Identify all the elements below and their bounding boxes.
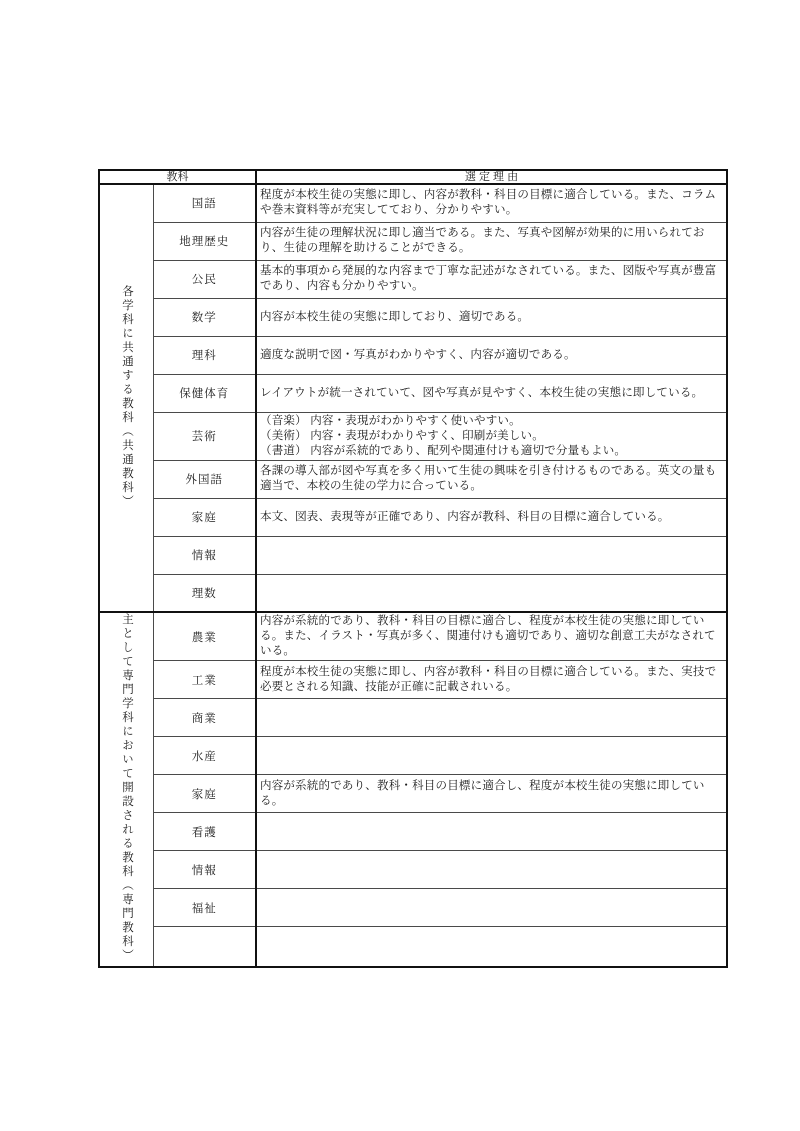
table-row: 家庭 内容が系統的であり、教科・科目の目標に適合し、程度が本校生徒の実態に即して… — [99, 775, 727, 813]
header-reason-cell: 選 定 理 由 — [256, 170, 727, 184]
subject-cell: 保健体育 — [153, 374, 256, 412]
document-page: 教科 選 定 理 由 各学科に共通する教科（共通教科） 国語 程度が本校生徒の実… — [0, 0, 800, 1131]
subject-cell: 福祉 — [153, 889, 256, 927]
reason-cell: 程度が本校生徒の実態に即し、内容が教科・科目の目標に適合している。また、コラムや… — [256, 184, 727, 222]
table-row: 情報 — [99, 851, 727, 889]
group-label-vertical: 各学科に共通する教科（共通教科） — [121, 285, 133, 509]
subject-cell: 芸術 — [153, 412, 256, 460]
table-header-row: 教科 選 定 理 由 — [99, 170, 727, 184]
reason-cell: 各課の導入部が図や写真を多く用いて生徒の興味を引き付けるものである。英文の量も適… — [256, 460, 727, 498]
table-row: 数学 内容が本校生徒の実態に即しており、適切である。 — [99, 298, 727, 336]
subject-cell: 公民 — [153, 260, 256, 298]
reason-cell: 内容が系統的であり、教科・科目の目標に適合し、程度が本校生徒の実態に即している。… — [256, 612, 727, 661]
reason-cell: 内容が本校生徒の実態に即しており、適切である。 — [256, 298, 727, 336]
subject-cell: 家庭 — [153, 498, 256, 536]
group-cell-specialized-subjects: 主として専門学科において開設される教科（専門教科） — [99, 612, 153, 967]
reason-cell: 本文、図表、表現等が正確であり、内容が教科、科目の目標に適合している。 — [256, 498, 727, 536]
subject-cell: 水産 — [153, 737, 256, 775]
reason-cell: レイアウトが統一されていて、図や写真が見やすく、本校生徒の実態に即している。 — [256, 374, 727, 412]
table-row: 工業 程度が本校生徒の実態に即し、内容が教科・科目の目標に適合している。また、実… — [99, 661, 727, 699]
subject-cell: 農業 — [153, 612, 256, 661]
table-row: 保健体育 レイアウトが統一されていて、図や写真が見やすく、本校生徒の実態に即して… — [99, 374, 727, 412]
subject-cell: 地理歴史 — [153, 222, 256, 260]
table-row: 地理歴史 内容が生徒の理解状況に即し適当である。また、写真や図解が効果的に用いら… — [99, 222, 727, 260]
reason-cell: 程度が本校生徒の実態に即し、内容が教科・科目の目標に適合している。また、実技で必… — [256, 661, 727, 699]
table-row: 主として専門学科において開設される教科（専門教科） 農業 内容が系統的であり、教… — [99, 612, 727, 661]
header-subject-cell: 教科 — [99, 170, 256, 184]
subject-cell: 理科 — [153, 336, 256, 374]
table-row: 看護 — [99, 813, 727, 851]
table-row: 各学科に共通する教科（共通教科） 国語 程度が本校生徒の実態に即し、内容が教科・… — [99, 184, 727, 222]
group-cell-common-subjects: 各学科に共通する教科（共通教科） — [99, 184, 153, 612]
textbook-selection-table: 教科 選 定 理 由 各学科に共通する教科（共通教科） 国語 程度が本校生徒の実… — [98, 169, 728, 968]
reason-cell: 内容が系統的であり、教科・科目の目標に適合し、程度が本校生徒の実態に即している。 — [256, 775, 727, 813]
subject-cell: 数学 — [153, 298, 256, 336]
subject-cell — [153, 927, 256, 967]
reason-cell — [256, 699, 727, 737]
table-row: 水産 — [99, 737, 727, 775]
reason-cell — [256, 927, 727, 967]
table-row: 福祉 — [99, 889, 727, 927]
table-row — [99, 927, 727, 967]
subject-cell: 外国語 — [153, 460, 256, 498]
table-row: 情報 — [99, 536, 727, 574]
table-row: 理科 適度な説明で図・写真がわかりやすく、内容が適切である。 — [99, 336, 727, 374]
reason-cell: 適度な説明で図・写真がわかりやすく、内容が適切である。 — [256, 336, 727, 374]
reason-cell — [256, 536, 727, 574]
reason-cell — [256, 737, 727, 775]
reason-cell — [256, 889, 727, 927]
reason-cell: （音楽） 内容・表現がわかりやすく使いやすい。 （美術） 内容・表現がわかりやす… — [256, 412, 727, 460]
table-row: 芸術 （音楽） 内容・表現がわかりやすく使いやすい。 （美術） 内容・表現がわか… — [99, 412, 727, 460]
reason-cell: 内容が生徒の理解状況に即し適当である。また、写真や図解が効果的に用いられており、… — [256, 222, 727, 260]
subject-cell: 情報 — [153, 851, 256, 889]
reason-cell — [256, 813, 727, 851]
reason-cell — [256, 574, 727, 612]
table-row: 理数 — [99, 574, 727, 612]
subject-cell: 家庭 — [153, 775, 256, 813]
subject-cell: 工業 — [153, 661, 256, 699]
subject-cell: 理数 — [153, 574, 256, 612]
subject-cell: 情報 — [153, 536, 256, 574]
table-row: 商業 — [99, 699, 727, 737]
table-row: 外国語 各課の導入部が図や写真を多く用いて生徒の興味を引き付けるものである。英文… — [99, 460, 727, 498]
reason-cell — [256, 851, 727, 889]
table-row: 公民 基本的事項から発展的な内容まで丁寧な記述がなされている。また、図版や写真が… — [99, 260, 727, 298]
subject-cell: 国語 — [153, 184, 256, 222]
table-row: 家庭 本文、図表、表現等が正確であり、内容が教科、科目の目標に適合している。 — [99, 498, 727, 536]
subject-cell: 看護 — [153, 813, 256, 851]
reason-cell: 基本的事項から発展的な内容まで丁寧な記述がなされている。また、図版や写真が豊富で… — [256, 260, 727, 298]
subject-cell: 商業 — [153, 699, 256, 737]
group-label-vertical: 主として専門学科において開設される教科（専門教科） — [121, 613, 133, 963]
